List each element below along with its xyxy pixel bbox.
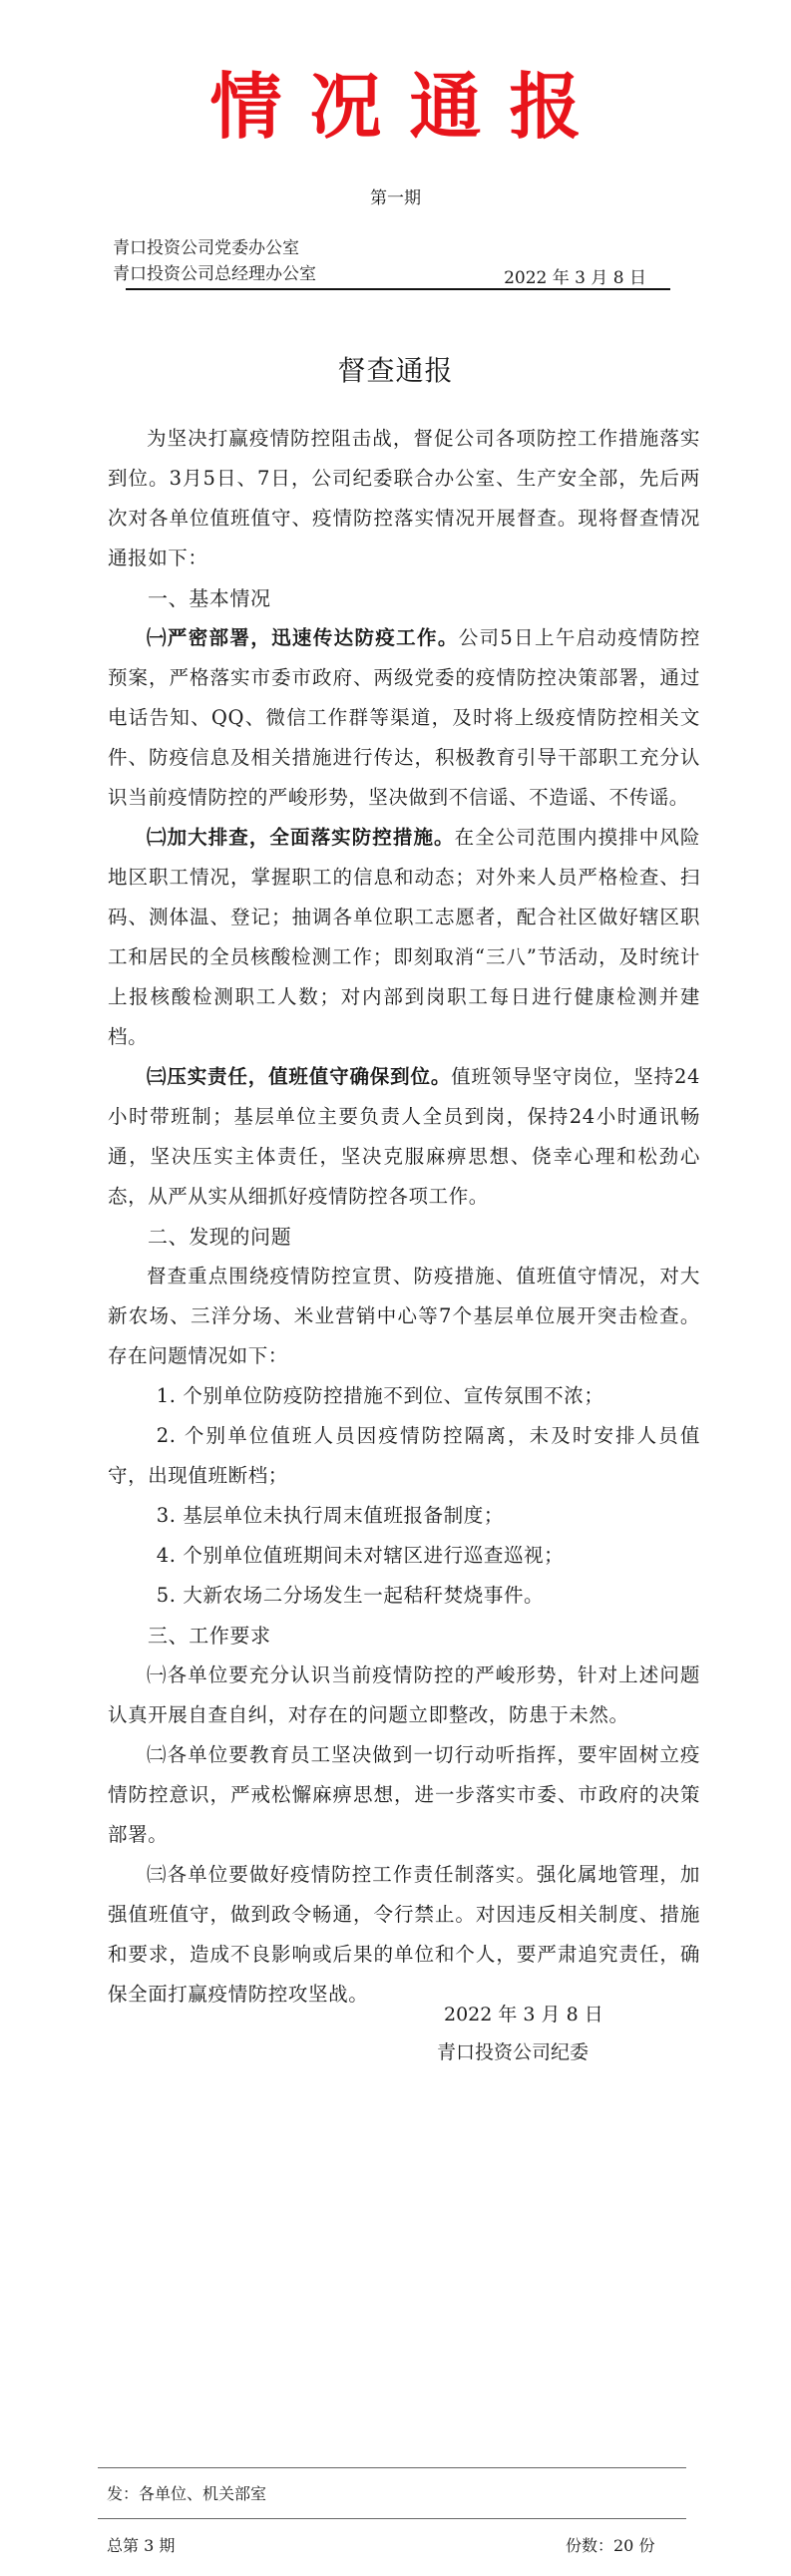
paragraph-text: 公司5日上午启动疫情防控预案，严格落实市委市政府、两级党委的疫情防控决策部署，通…: [108, 626, 700, 809]
issuer-gm-office: 青口投资公司总经理办公室: [113, 261, 316, 287]
list-item: 1. 个别单位防疫防控措施不到位、宣传氛围不浓；: [108, 1376, 700, 1416]
masthead-title: 情况通报: [0, 62, 791, 152]
issue-number: 第一期: [0, 184, 791, 208]
section-heading: 三、工作要求: [108, 1616, 700, 1656]
footer-divider-bottom: [98, 2518, 686, 2519]
paragraph-lead: ㈡加大排查，全面落实防控措施。: [147, 826, 455, 849]
total-issue: 总第 3 期: [107, 2533, 175, 2556]
section-paragraph: ㈢压实责任，值班值守确保到位。值班领导坚守岗位，坚持24小时带班制；基层单位主要…: [108, 1057, 700, 1217]
section-paragraph: ㈠各单位要充分认识当前疫情防控的严峻形势，针对上述问题认真开展自查自纠，对存在的…: [108, 1656, 700, 1735]
document-body: 为坚决打赢疫情防控阻击战，督促公司各项防控工作措施落实到位。3月5日、7日，公司…: [108, 419, 700, 2015]
paragraph-lead: ㈠严密部署，迅速传达防疫工作。: [147, 626, 459, 649]
section-paragraph: 督查重点围绕疫情防控宣贯、防疫措施、值班值守情况，对大新农场、三洋分场、米业营销…: [108, 1257, 700, 1376]
paragraph-lead: ㈢压实责任，值班值守确保到位。: [147, 1065, 451, 1088]
signature-org: 青口投资公司纪委: [437, 2034, 589, 2070]
section-paragraph: ㈡各单位要教育员工坚决做到一切行动听指挥，要牢固树立疫情防控意识，严戒松懈麻痹思…: [108, 1735, 700, 1855]
distribution-list: 发：各单位、机关部室: [107, 2481, 266, 2504]
issuer-party-office: 青口投资公司党委办公室: [113, 235, 299, 261]
paragraph-text: 在全公司范围内摸排中风险地区职工情况，掌握职工的信息和动态；对外来人员严格检查、…: [108, 826, 700, 1048]
section-heading: 二、发现的问题: [108, 1217, 700, 1257]
footer-divider-top: [98, 2467, 686, 2468]
signature-date: 2022 年 3 月 8 日: [444, 1997, 603, 2032]
list-item: 4. 个别单位值班期间未对辖区进行巡查巡视；: [108, 1536, 700, 1576]
section-paragraph: ㈢各单位要做好疫情防控工作责任制落实。强化属地管理，加强值班值守，做到政令畅通，…: [108, 1855, 700, 2015]
document-title: 督查通报: [0, 349, 791, 389]
list-item: 3. 基层单位未执行周末值班报备制度；: [108, 1496, 700, 1536]
intro-paragraph: 为坚决打赢疫情防控阻击战，督促公司各项防控工作措施落实到位。3月5日、7日，公司…: [108, 419, 700, 578]
header-divider: [126, 288, 670, 290]
section-paragraph: ㈠严密部署，迅速传达防疫工作。公司5日上午启动疫情防控预案，严格落实市委市政府、…: [108, 618, 700, 818]
issue-date: 2022 年 3 月 8 日: [504, 263, 646, 288]
list-item: 5. 大新农场二分场发生一起秸秆焚烧事件。: [108, 1576, 700, 1616]
section-paragraph: ㈡加大排查，全面落实防控措施。在全公司范围内摸排中风险地区职工情况，掌握职工的信…: [108, 818, 700, 1057]
list-item: 2. 个别单位值班人员因疫情防控隔离，未及时安排人员值守，出现值班断档；: [108, 1416, 700, 1496]
section-heading: 一、基本情况: [108, 578, 700, 618]
copies-count: 份数：20 份: [566, 2533, 654, 2556]
